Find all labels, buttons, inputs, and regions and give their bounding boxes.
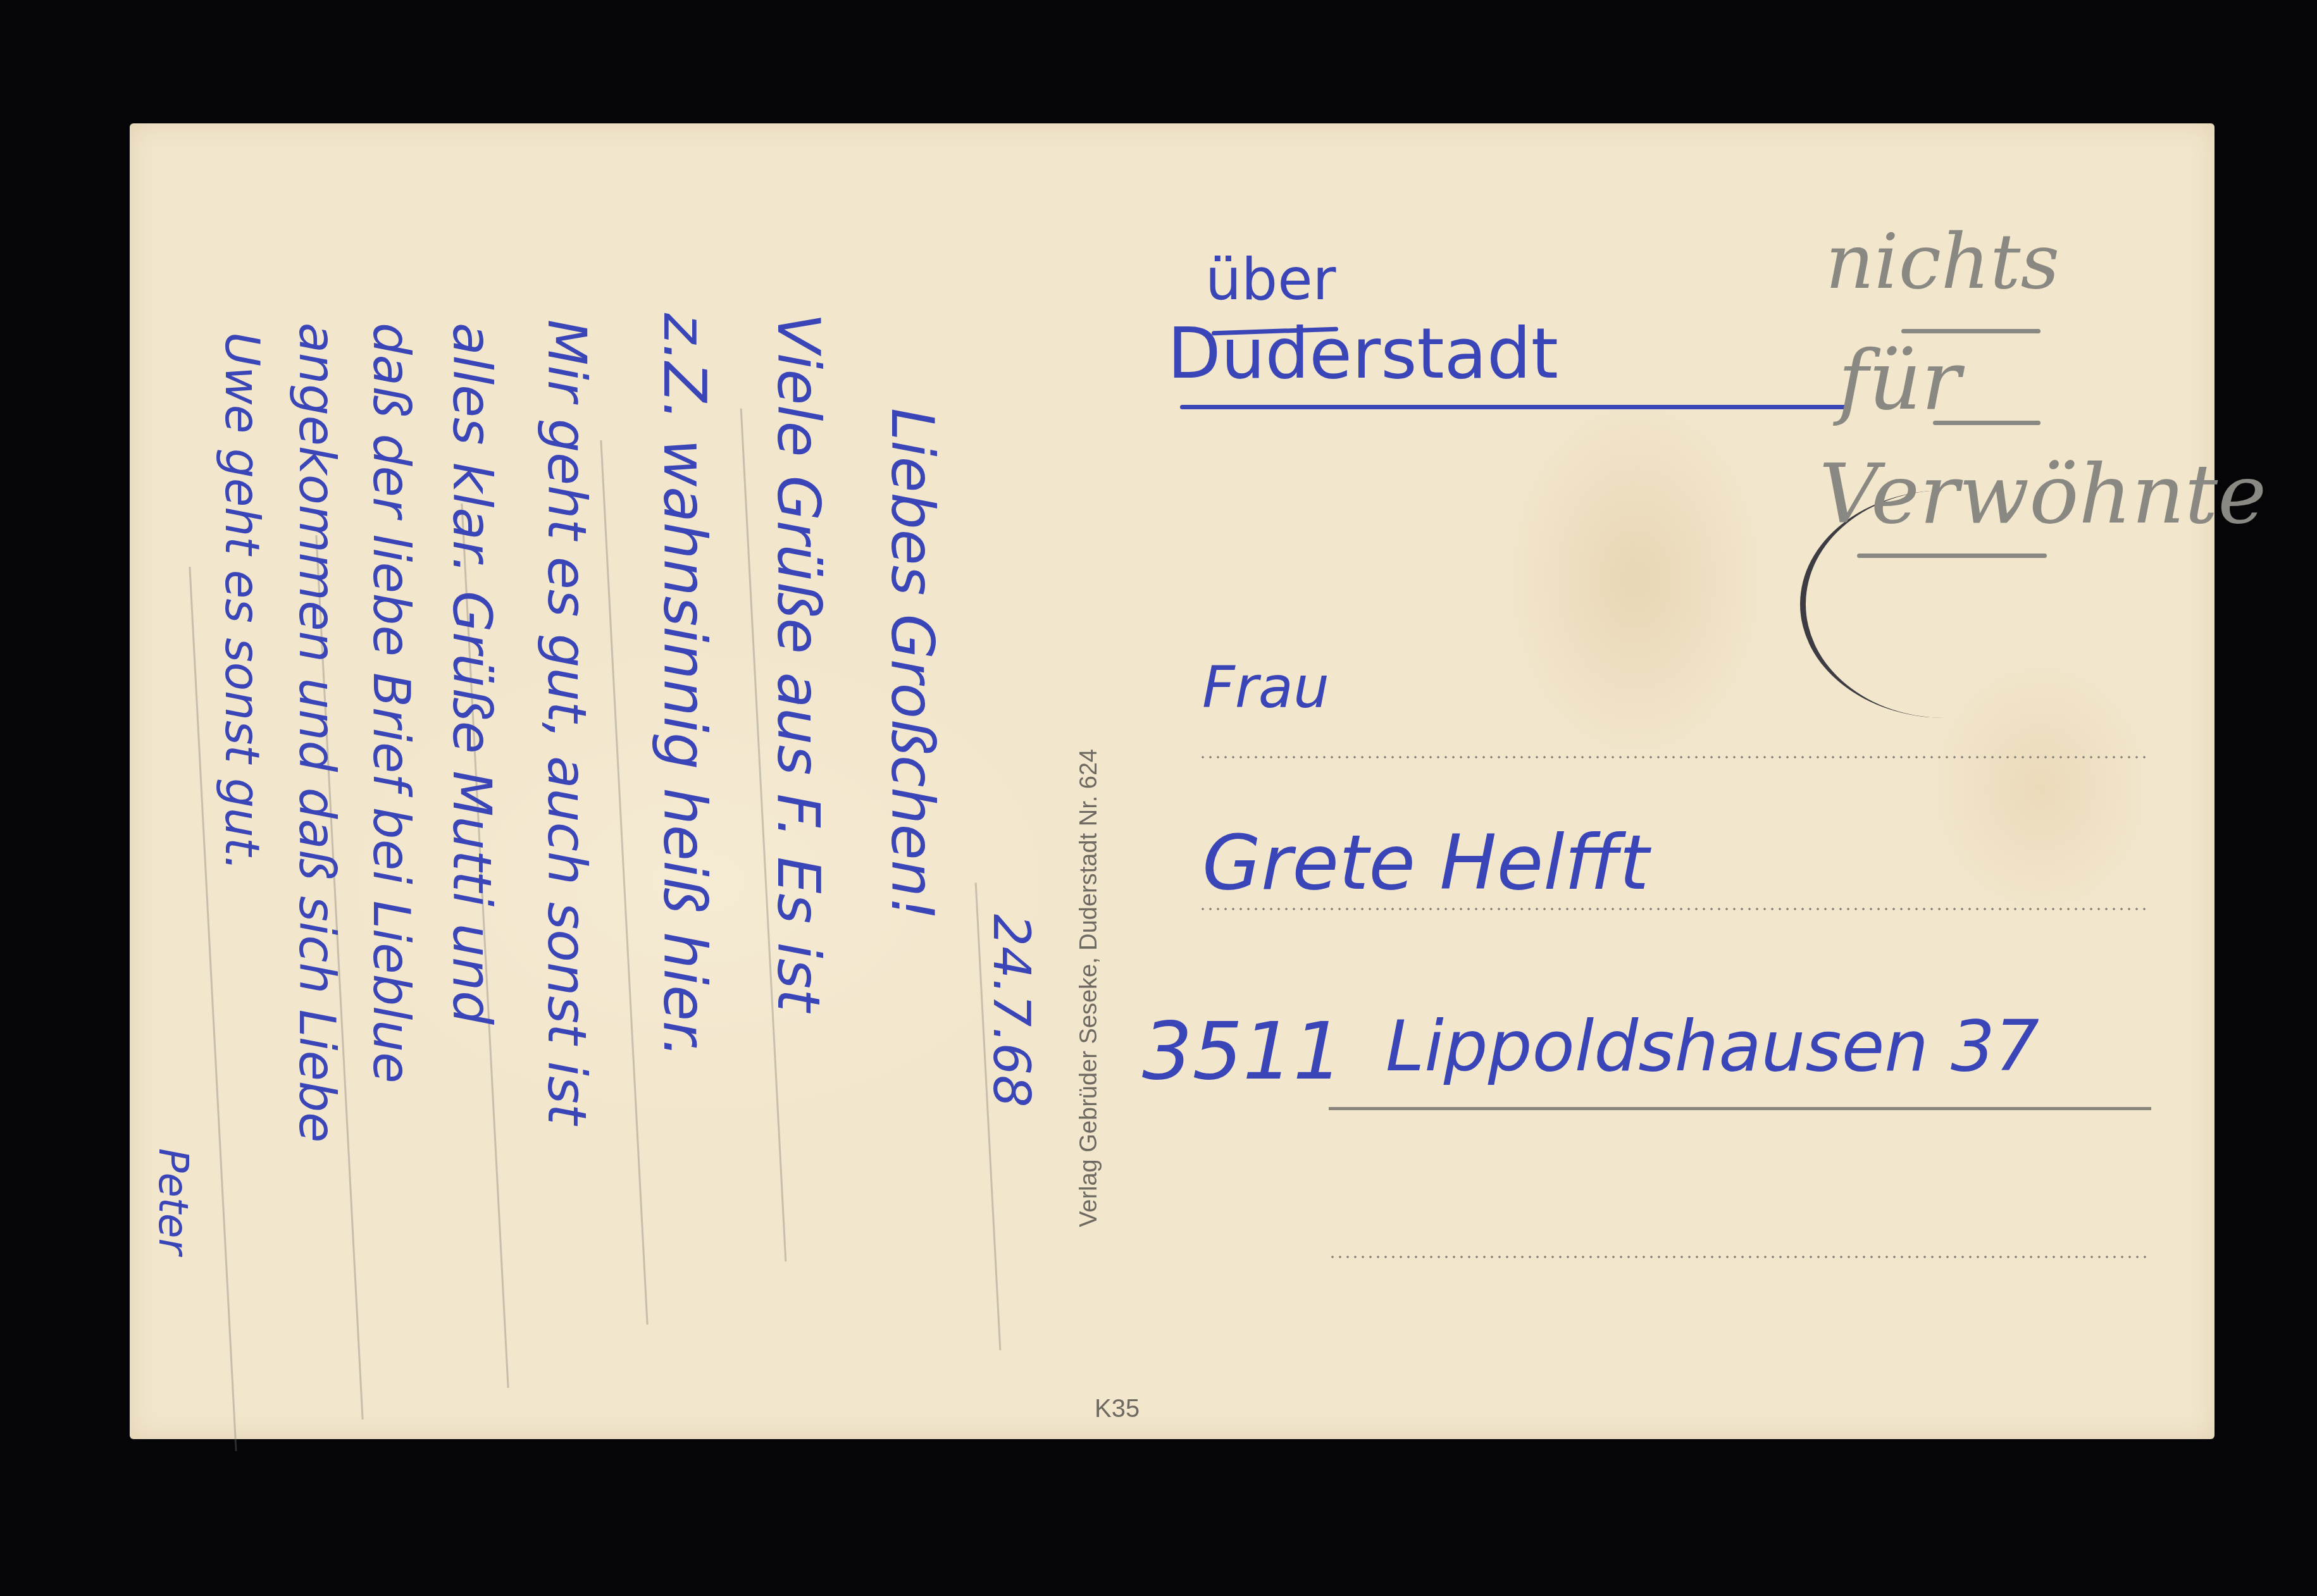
address-line-4 — [1329, 1256, 2151, 1258]
publisher-imprint: Verlag Gebrüder Seseke, Duderstadt Nr. 6… — [1076, 749, 1103, 1227]
pencil-note-line1: nichts — [1825, 218, 2059, 306]
pencil-guide — [600, 440, 648, 1325]
message-line: alles klar. Grüße Mutti und — [441, 323, 503, 1025]
pencil-note-line2: für — [1838, 332, 1961, 428]
message-line: z.Z. wahnsinnig heiß hier. — [650, 313, 718, 1058]
pencil-note-line3: Verwöhnte — [1819, 446, 2266, 542]
address-salutation: Frau — [1202, 655, 1329, 721]
message-line: Mir geht es gut, auch sonst ist — [536, 319, 598, 1125]
postcard-back: über Duderstadt nichts für Verwöhnte Ver… — [130, 123, 2215, 1439]
address-line-1 — [1199, 756, 2148, 758]
message-line: angekommen und daß sich Liebe — [288, 323, 345, 1142]
card-code: K35 — [1095, 1395, 1140, 1423]
message-line: Uwe geht es sonst gut. — [214, 332, 269, 871]
routing-note-line2: Duderstadt — [1167, 313, 1558, 394]
message-line: Viele Grüße aus F. Es ist — [764, 313, 832, 1011]
routing-underline-2 — [1180, 405, 1851, 409]
message-line: daß der liebe Brief bei Lieblue — [362, 323, 421, 1083]
routing-note-line1: über — [1205, 247, 1336, 313]
message-line: Liebes Großchen! — [878, 408, 946, 920]
message-signature: Peter — [149, 1148, 196, 1255]
address-town: Lippoldshausen 37 — [1386, 1006, 2039, 1087]
pencil-underline-2 — [1933, 421, 2041, 425]
address-postal-code: 3511 — [1142, 1006, 1343, 1098]
message-date: 24.7.68 — [982, 914, 1041, 1107]
address-line-2 — [1199, 908, 2148, 910]
address-name: Grete Helfft — [1202, 819, 1649, 907]
address-line-3 — [1329, 1107, 2151, 1110]
pencil-underline-3 — [1857, 554, 2047, 558]
